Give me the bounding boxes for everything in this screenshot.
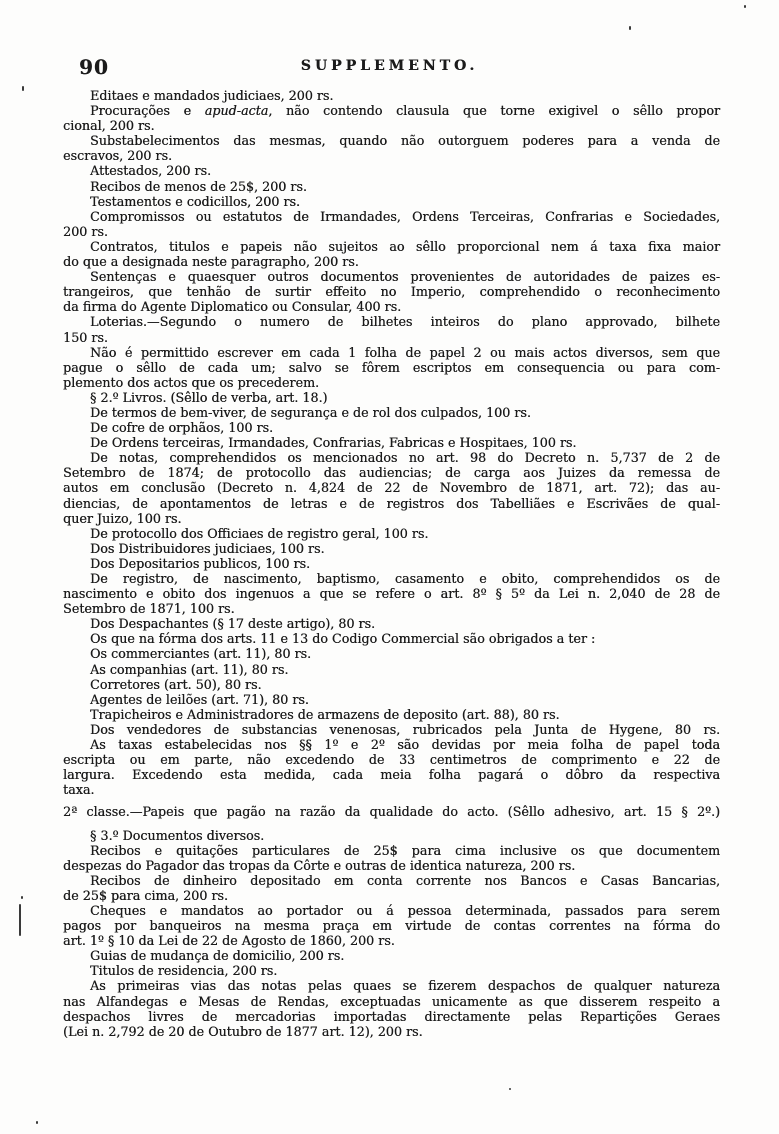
text-line: autos em conclusão (Decreto n. 4,824 de … [63,480,720,495]
text-line: De registro, de nascimento, baptismo, ca… [63,571,720,586]
text-line: As taxas estabelecidas nos §§ 1º e 2º sã… [63,737,720,752]
text-line: De termos de bem-viver, de segurança e d… [63,405,720,420]
text-line: de 25$ para cima, 200 rs. [63,888,720,903]
text-line: (Lei n. 2,792 de 20 de Outubro de 1877 a… [63,1024,720,1039]
scan-speck [21,896,23,899]
text-line: Dos vendedores de substancias venenosas,… [63,722,720,737]
text-line: da firma do Agente Diplomatico ou Consul… [63,299,720,314]
text-line: Attestados, 200 rs. [63,163,720,178]
text-line: Não é permittido escrever em cada 1 folh… [63,345,720,360]
text-line: Agentes de leilões (art. 71), 80 rs. [63,692,720,707]
text-line: Corretores (art. 50), 80 rs. [63,677,720,692]
scan-speck [744,5,746,8]
text-line: As companhias (art. 11), 80 rs. [63,662,720,677]
text-line: Os que na fórma dos arts. 11 e 13 do Cod… [63,631,720,646]
text-line: De protocollo dos Officiaes de registro … [63,526,720,541]
text-line: despezas do Pagador das tropas da Côrte … [63,858,720,873]
text-line: Contratos, titulos e papeis não sujeitos… [63,239,720,254]
text-line: 200 rs. [63,224,720,239]
text-line: largura. Excedendo esta medida, cada mei… [63,767,720,782]
text-line: art. 1º § 10 da Lei de 22 de Agosto de 1… [63,933,720,948]
text-line: Editaes e mandados judiciaes, 200 rs. [63,88,720,103]
text-line: De Ordens terceiras, Irmandades, Confrar… [63,435,720,450]
text-line: Trapicheiros e Administradores de armaze… [63,707,720,722]
text-line: pague o sêllo de cada um; salvo se fôrem… [63,360,720,375]
text-line: quer Juizo, 100 rs. [63,511,720,526]
text-line: cional, 200 rs. [63,118,720,133]
text-line: nas Alfandegas e Mesas de Rendas, except… [63,994,720,1009]
text-line: As primeiras vias das notas pelas quaes … [63,978,720,993]
text-line: 2ª classe.—Papeis que pagão na razão da … [63,804,720,819]
text-line: Testamentos e codicillos, 200 rs. [63,194,720,209]
text-line: Dos Depositarios publicos, 100 rs. [63,556,720,571]
text-line: Setembro de 1871, 100 rs. [63,601,720,616]
text-line: § 2.º Livros. (Sêllo de verba, art. 18.) [63,390,720,405]
text-line: taxa. [63,782,720,797]
text-line: Cheques e mandatos ao portador ou á pess… [63,903,720,918]
text-line: Dos Distribuidores judiciaes, 100 rs. [63,541,720,556]
scan-speck [509,1088,511,1090]
text-line: 150 rs. [63,330,720,345]
scan-speck [629,26,631,30]
text-line: § 3.º Documentos diversos. [63,828,720,843]
scan-speck [22,86,24,91]
document-page: 90 SUPPLEMENTO. Editaes e mandados judic… [0,0,779,1134]
text-line: Guias de mudança de domicilio, 200 rs. [63,948,720,963]
text-line: diencias, de apontamentos de letras e de… [63,496,720,511]
text-line: Sentenças e quaesquer outros documentos … [63,269,720,284]
text-line: Setembro de 1874; de protocollo das audi… [63,465,720,480]
text-line: do que a designada neste paragrapho, 200… [63,254,720,269]
text-line: Recibos de dinheiro depositado em conta … [63,873,720,888]
text-line: Recibos de menos de 25$, 200 rs. [63,179,720,194]
text-line: Substabelecimentos das mesmas, quando nã… [63,133,720,148]
text-line: De notas, comprehendidos os mencionados … [63,450,720,465]
scan-speck [19,904,21,936]
text-line: Titulos de residencia, 200 rs. [63,963,720,978]
text-line: Dos Despachantes (§ 17 deste artigo), 80… [63,616,720,631]
text-line: Recibos e quitações particulares de 25$ … [63,843,720,858]
scan-speck [36,1121,38,1124]
text-line: escravos, 200 rs. [63,148,720,163]
text-line: Compromissos ou estatutos de Irmandades,… [63,209,720,224]
text-line: Procurações e apud-acta, não contendo cl… [63,103,720,118]
body-text: Editaes e mandados judiciaes, 200 rs.Pro… [63,88,720,1039]
running-title: SUPPLEMENTO. [0,58,779,74]
text-line: trangeiros, que tenhão de surtir effeito… [63,284,720,299]
text-line: nascimento e obito dos ingenuos a que se… [63,586,720,601]
text-line: Loterias.—Segundo o numero de bilhetes i… [63,314,720,329]
text-line: despachos livres de mercadorias importad… [63,1009,720,1024]
text-line: pagos por banqueiros na mesma praça em v… [63,918,720,933]
text-line: escripta ou em parte, não excedendo de 3… [63,752,720,767]
text-line: Os commerciantes (art. 11), 80 rs. [63,646,720,661]
text-line: De cofre de orphãos, 100 rs. [63,420,720,435]
text-line: plemento dos actos que os precederem. [63,375,720,390]
